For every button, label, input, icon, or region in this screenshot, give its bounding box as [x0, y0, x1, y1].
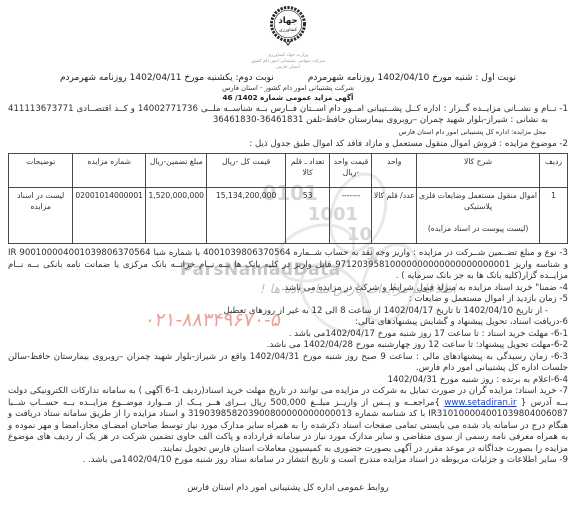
cell-quantity: 53	[285, 188, 330, 244]
second-publication-date: نوبت دوم: یکشنبه مورخ 1402/04/11 روزنامه…	[60, 73, 274, 83]
cell-auction-number: 02001014000001	[73, 188, 146, 244]
svg-text:کشاورزی: کشاورزی	[279, 27, 298, 33]
clause-5-visit-dates: - از تاریخ 1402/04/10 تا تاریخ 1402/04/1…	[8, 306, 568, 318]
svg-text:جهاد: جهاد	[278, 16, 297, 26]
clause-9-other-info: 9- سایر اطلاعات و جزئیات مربوطه در اسناد…	[8, 455, 568, 467]
table-row: 1 اموال منقول مستعمل وضایعات فلزی پلاستی…	[9, 188, 568, 244]
clause-5-visit-time: 5- زمان بازدید از اموال مستعمل و ضایعات …	[8, 294, 568, 306]
cell-deposit: 1,520,000,000	[146, 188, 207, 244]
clause-6-4-winner-announcement: 6-4-اعلام به برنده : روز شنبه مورخ 1402/…	[8, 375, 568, 387]
public-relations-signature: روابط عمومی اداره کل پشتیبانی امور دام ا…	[8, 483, 568, 493]
col-header-remarks: توضیحات	[9, 154, 73, 188]
auction-notice-page: 0101 1001 10 1 ParsNamadData اطلاعات مزا…	[0, 0, 576, 520]
clause-4-acceptance: 4- ضمنا" خرید اسناد مزایده به منزله قبول…	[8, 283, 568, 295]
col-header-deposit: مبلغ تضمین-ریال	[146, 154, 207, 188]
cell-unit-price: -------	[330, 188, 372, 244]
auction-goods-table: ردیف شرح کالا واحد قیمت واحد -ریال تعداد…	[8, 153, 568, 244]
clause-1-address-line: به نشانی : شیراز-بلوار شهید چمران –روبرو…	[8, 115, 568, 127]
cell-unit: عدد/ قلم کالا	[372, 188, 417, 244]
clause-6-2-submission-deadline: 6-2-مهلت تحویل پیشنهاد: تا ساعت 12 روز چ…	[8, 340, 568, 352]
col-header-unit-price: قیمت واحد -ریال	[330, 154, 372, 188]
clause-1-venue-line: محل مزایده: اداره کل پشتیبانی امور دام ا…	[8, 127, 568, 137]
col-header-row-number: ردیف	[540, 154, 568, 188]
col-header-total-price: قیمت کل -ریال	[207, 154, 285, 188]
notice-title: آگهی مزاید عمومی شماره ‪46 /1402‬	[8, 93, 568, 102]
clause-7-document-purchase: 7- خرید اسناد: مزایده گران در صورت تمایل…	[8, 386, 568, 455]
clause-1-name-address: 1- نــام و نشــانی مزایــده گــزار : ادا…	[8, 104, 568, 116]
jihad-agriculture-logo-icon: جهاد کشاورزی	[265, 5, 311, 49]
setadiran-link[interactable]: www.setadiran.ir	[444, 398, 516, 408]
col-header-auction-number: شماره مزایده	[73, 154, 146, 188]
logo-subtext-province: استان فارس	[8, 65, 568, 71]
cell-remarks: لیست در اسناد مزایده	[9, 188, 73, 244]
first-publication-date: نوبت اول : شنبه مورخ 1402/04/10 روزنامه …	[308, 73, 516, 83]
cell-description: اموال منقول مستعمل وضایعات فلزی پلاستیکی…	[417, 188, 540, 244]
publication-line: نوبت اول : شنبه مورخ 1402/04/10 روزنامه …	[8, 73, 568, 83]
clause-6-1-purchase-deadline: 6-1- مهلت خرید اسناد : تا ساعت 17 روز شن…	[8, 329, 568, 341]
clause-3-deposit: 3- نوع و مبلغ تضــمین شــرکت در مزایده :…	[8, 248, 568, 283]
clause-6-heading: 6-دریافت اسناد، تحویل پیشنهاد و گشایش پی…	[8, 317, 568, 329]
col-header-description: شرح کالا	[417, 154, 540, 188]
col-header-quantity: تعداد ـ قلم کالا	[285, 154, 330, 188]
table-header-row: ردیف شرح کالا واحد قیمت واحد -ریال تعداد…	[9, 154, 568, 188]
header-logo-block: جهاد کشاورزی وزارت جهاد کشاورزی شرکت سها…	[8, 5, 568, 71]
col-header-unit: واحد	[372, 154, 417, 188]
clause-2-subject: 2- موضوع مزایده : فروش اموال منقول مستعم…	[8, 139, 568, 151]
cell-row-number: 1	[540, 188, 568, 244]
clause-6-3-review-time: 6-3- زمان رسیدگی به پیشنهادهای مالی : سا…	[8, 352, 568, 375]
company-line: شرکت پشتیبانی امور دام کشور - استان فارس	[8, 84, 568, 92]
cell-total-price: 15,134,200,000	[207, 188, 285, 244]
